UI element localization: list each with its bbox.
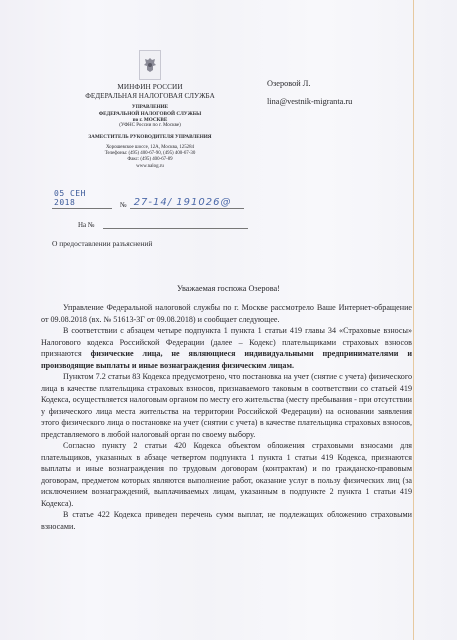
recipient-block: Озеровой Л. lina@vestnik-migranta.ru	[267, 79, 352, 115]
number-label: №	[120, 201, 127, 209]
service-name: ФЕДЕРАЛЬНАЯ НАЛОГОВАЯ СЛУЖБА	[68, 92, 232, 101]
reference-row: На №	[78, 220, 248, 229]
date-stamp: 05 СЕН 2018	[52, 189, 112, 209]
letterhead: МИНФИН РОССИИ ФЕДЕРАЛЬНАЯ НАЛОГОВАЯ СЛУЖ…	[68, 50, 232, 170]
paragraph-2-emphasis: физические лица, не являющиеся индивидуа…	[41, 349, 412, 370]
recipient-name: Озеровой Л.	[267, 79, 352, 88]
letter-body: Управление Федеральной налоговой службы …	[41, 302, 412, 532]
paragraph-3: Пунктом 7.2 статьи 83 Кодекса предусмотр…	[41, 371, 412, 440]
signatory-position: ЗАМЕСТИТЕЛЬ РУКОВОДИТЕЛЯ УПРАВЛЕНИЯ	[68, 134, 232, 140]
paragraph-1: Управление Федеральной налоговой службы …	[41, 302, 412, 325]
reference-label: На №	[78, 221, 95, 229]
department-abbreviation: (УФНС России по г. Москве)	[68, 123, 232, 129]
reference-blank-line	[103, 220, 248, 229]
website: www.nalog.ru	[68, 164, 232, 170]
scan-fold-line	[413, 0, 414, 640]
coat-of-arms-icon	[139, 50, 161, 80]
registration-row: 05 СЕН 2018 № 27-14/ 191026@	[52, 195, 244, 209]
letter-page: МИНФИН РОССИИ ФЕДЕРАЛЬНАЯ НАЛОГОВАЯ СЛУЖ…	[0, 0, 457, 640]
paragraph-5: В статье 422 Кодекса приведен перечень с…	[41, 509, 412, 532]
salutation: Уважаемая госпожа Озерова!	[0, 284, 457, 293]
outgoing-number: 27-14/ 191026@	[130, 197, 244, 209]
paragraph-2: В соответствии с абзацем четыре подпункт…	[41, 325, 412, 371]
letter-subject: О предоставлении разъяснений	[52, 239, 152, 248]
recipient-email: lina@vestnik-migranta.ru	[267, 97, 352, 106]
ministry-name: МИНФИН РОССИИ	[68, 83, 232, 92]
paragraph-4: Согласно пункту 2 статьи 420 Кодекса объ…	[41, 440, 412, 509]
